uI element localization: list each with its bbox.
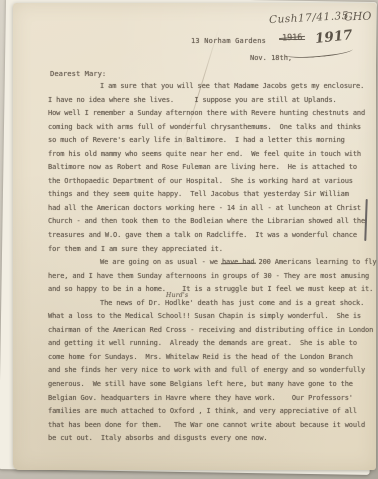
letter-line: chairman of the American Red Cross - rec… — [48, 324, 378, 338]
letter-line: and she finds her very nice to work with… — [48, 364, 378, 378]
letter-line: and so happy to be in a home. It is a st… — [48, 283, 378, 297]
struck-out-year-text: 1916 — [281, 33, 304, 44]
letter-date: Nov. 18th, — [250, 54, 292, 62]
letter-line: I have no idea where she lives. I suppos… — [48, 94, 378, 108]
letter-line: for them and I am sure they appreciated … — [48, 243, 378, 257]
letter-body: I am sure that you will see that Madame … — [48, 80, 378, 446]
letter-line: the Orthopaedic Department of our Hospit… — [48, 175, 378, 189]
letter-line: from his old mammy who seems quite near … — [48, 148, 378, 162]
struck-out-year: 1916 — [281, 33, 304, 44]
letter-line: treasures and W.O. gave them a talk on R… — [48, 229, 378, 243]
letter-line: be cut out. Italy absorbs and disgusts e… — [48, 432, 378, 446]
letter-line: What a loss to the Medical School!! Susa… — [48, 310, 378, 324]
letter-line: had all the American doctors working her… — [48, 202, 378, 216]
annotator-initials: GHO — [344, 10, 372, 24]
handwritten-underline — [285, 44, 354, 60]
archival-reference: Cush17/41.35 — [269, 10, 349, 26]
letter-line: here, and I have them Sunday afternoons … — [48, 270, 378, 284]
letter-paper: Cush17/41.35 GHO 13 Norham Gardens 1916 … — [13, 3, 376, 470]
letterhead-address: 13 Norham Gardens — [191, 37, 266, 45]
letter-line: come home for Sundays. Mrs. Whitelaw Rei… — [48, 351, 378, 365]
handwritten-year: 1917 — [314, 27, 353, 47]
letter-line: We are going on as usual - we have had 2… — [48, 256, 378, 270]
annotated-word: Hodlke'Hurd's — [165, 297, 193, 311]
struck-through-text: have had — [222, 256, 255, 270]
letter-line: that has been done for them. The War one… — [48, 419, 378, 433]
letter-line: The news of Dr. Hodlke'Hurd's death has … — [48, 297, 378, 311]
letter-line: I am sure that you will see that Madame … — [48, 80, 378, 94]
salutation: Dearest Mary: — [50, 69, 106, 78]
letter-line: coming back with arms full of wonderful … — [48, 121, 378, 135]
letter-scan: Cush17/41.35 GHO 13 Norham Gardens 1916 … — [0, 0, 378, 479]
letter-line: How well I remember a Sunday afternoon t… — [48, 107, 378, 121]
handwritten-correction: Hurd's — [166, 289, 188, 303]
letter-line: Church - and then took them to the Bodle… — [48, 215, 378, 229]
letter-line: Belgian Gov. headquarters in Havre where… — [48, 392, 378, 406]
letter-line: generous. We still have some Belgians le… — [48, 378, 378, 392]
letter-line: Baltimore now as Robert and Rose Fuleman… — [48, 161, 378, 175]
letter-line: so much of Revere's early life in Baltim… — [48, 134, 378, 148]
letter-line: things and they seem quite happy. Tell J… — [48, 188, 378, 202]
letter-line: and getting it well running. Already the… — [48, 337, 378, 351]
letter-line: families are much attached to Oxford , I… — [48, 405, 378, 419]
